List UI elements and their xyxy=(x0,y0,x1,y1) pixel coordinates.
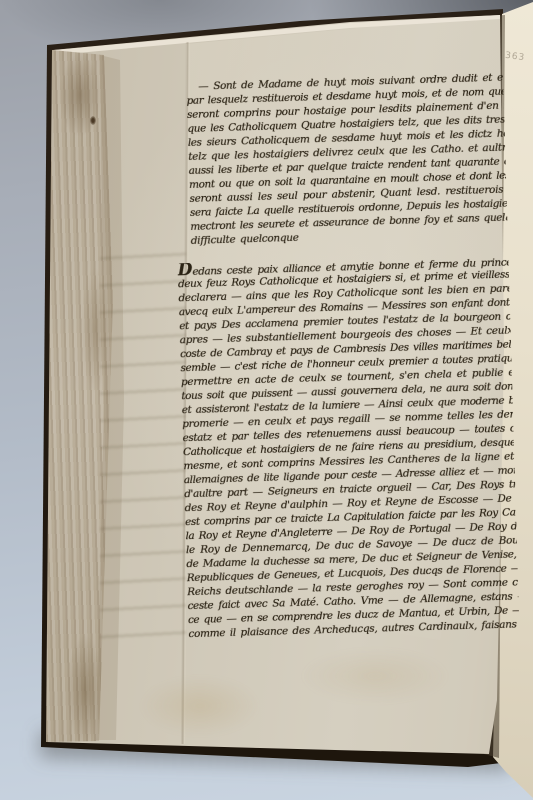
paragraph-allies: Dedans ceste paix alliance et amytie bon… xyxy=(177,254,519,642)
paper-stain xyxy=(140,676,260,736)
ink-bleed-through xyxy=(100,248,186,648)
handwritten-text-block: — Sont de Madame de huyt mois suivant or… xyxy=(186,71,520,641)
paper-stain xyxy=(300,648,450,704)
paragraph-hostages: — Sont de Madame de huyt mois suivant or… xyxy=(186,71,508,248)
photograph-of-manuscript: 363 — Sont de Madame de huyt mois suivan… xyxy=(0,0,533,800)
ink-fleck-stain xyxy=(90,116,96,125)
